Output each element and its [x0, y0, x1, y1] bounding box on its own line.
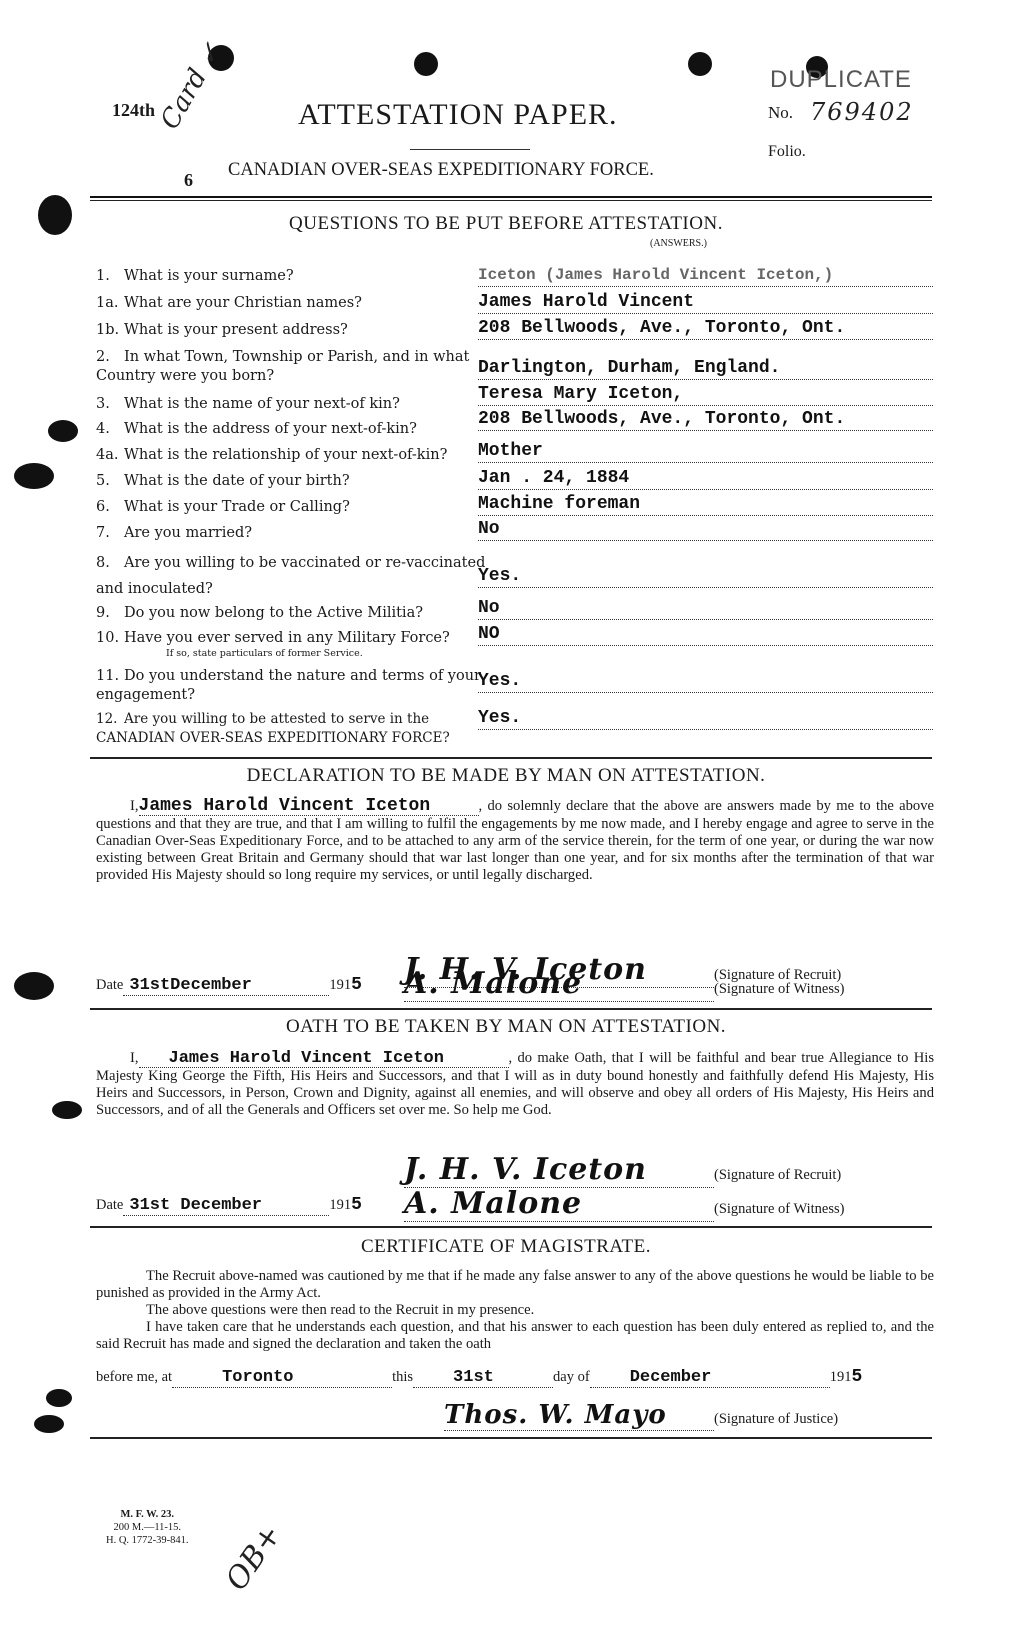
- question-1a: 1a.What are your Christian names?: [96, 294, 491, 313]
- punch-hole: [14, 463, 54, 489]
- magistrate-place-date-line: before me, atTorontothis31stday ofDecemb…: [96, 1367, 862, 1388]
- question-4: 4.What is the address of your next-of-ki…: [96, 420, 491, 439]
- form-codes: M. F. W. 23. 200 M.—11-15. H. Q. 1772-39…: [106, 1508, 189, 1547]
- punch-hole: [48, 420, 78, 442]
- handwritten-initials: OB+: [219, 1518, 289, 1597]
- question-2: 2.In what Town, Township or Parish, and …: [96, 348, 491, 386]
- declaration-year: 5: [351, 975, 362, 995]
- magistrate-para-2: The above questions were then read to th…: [96, 1302, 934, 1319]
- declaration-text: I,James Harold Vincent Iceton, do solemn…: [96, 798, 934, 884]
- oath-divider: [90, 1226, 932, 1228]
- question-3: 3.What is the name of your next-of kin?: [96, 395, 491, 414]
- declaration-witness-signature-line: A. Malone(Signature of Witness): [404, 966, 844, 1002]
- battalion-label: 124th: [112, 100, 155, 121]
- answer-present-address: 208 Bellwoods, Ave., Toronto, Ont.: [478, 317, 933, 340]
- magistrate-text: The Recruit above-named was cautioned by…: [96, 1268, 934, 1353]
- document-subtitle: CANADIAN OVER-SEAS EXPEDITIONARY FORCE.: [228, 160, 654, 181]
- number-value: 769402: [810, 98, 914, 126]
- hq-reference: H. Q. 1772-39-841.: [106, 1534, 189, 1547]
- number-label: No.: [768, 103, 793, 123]
- header-divider: [90, 196, 932, 198]
- oath-recruit-signature-line: J. H. V. Iceton(Signature of Recruit): [404, 1152, 841, 1188]
- duplicate-stamp: DUPLICATE: [770, 66, 912, 94]
- oath-witness-signature-line: A. Malone(Signature of Witness): [404, 1186, 844, 1222]
- question-8: 8.Are you willing to be vaccinated or re…: [96, 550, 491, 602]
- question-1b: 1b.What is your present address?: [96, 321, 491, 340]
- question-11: 11.Do you understand the nature and term…: [96, 667, 491, 705]
- question-1: 1.What is your surname?: [96, 267, 491, 286]
- answer-christian-names: James Harold Vincent: [478, 291, 933, 314]
- question-12: 12.Are you willing to be attested to ser…: [96, 710, 491, 748]
- answer-surname: Iceton (James Harold Vincent Iceton,): [478, 264, 933, 287]
- question-10: 10.Have you ever served in any Military …: [96, 629, 491, 659]
- magistrate-title: CERTIFICATE OF MAGISTRATE.: [0, 1236, 1012, 1258]
- oath-title: OATH TO BE TAKEN BY MAN ON ATTESTATION.: [0, 1016, 1012, 1038]
- justice-signature-line: Thos. W. Mayo(Signature of Justice): [444, 1400, 838, 1431]
- question-6: 6.What is your Trade or Calling?: [96, 498, 491, 517]
- oath-recruit-signature: J. H. V. Iceton: [404, 1152, 714, 1188]
- punch-hole: [14, 972, 54, 1000]
- answers-label: (ANSWERS.): [650, 238, 707, 249]
- folio-label: Folio.: [768, 143, 806, 161]
- question-10-note: If so, state particulars of former Servi…: [96, 648, 491, 659]
- magistrate-day: 31st: [413, 1368, 553, 1388]
- answer-next-of-kin-name: Teresa Mary Iceton,: [478, 383, 933, 406]
- declaration-divider: [90, 1008, 932, 1010]
- answer-next-of-kin-address: 208 Bellwoods, Ave., Toronto, Ont.: [478, 408, 933, 431]
- punch-hole: [46, 1389, 72, 1407]
- answer-trade: Machine foreman: [478, 493, 933, 516]
- magistrate-para-1: The Recruit above-named was cautioned by…: [96, 1268, 934, 1302]
- oath-date: 31st December: [123, 1196, 329, 1216]
- handwritten-note: Card ✓: [155, 38, 228, 135]
- answer-date-of-birth: Jan . 24, 1884: [478, 467, 933, 490]
- handwritten-number: 6: [184, 170, 193, 191]
- oath-text: I,James Harold Vincent Iceton, do make O…: [96, 1050, 934, 1119]
- justice-signature: Thos. W. Mayo: [444, 1400, 714, 1431]
- oath-name: James Harold Vincent Iceton: [139, 1050, 509, 1068]
- oath-year: 5: [351, 1195, 362, 1215]
- oath-witness-signature: A. Malone: [404, 1186, 714, 1222]
- declaration-date-line: Date31stDecember1915: [96, 975, 362, 996]
- oath-date-line: Date31st December1915: [96, 1195, 362, 1216]
- answer-married: No: [478, 518, 933, 541]
- question-7: 7.Are you married?: [96, 524, 491, 543]
- declaration-title: DECLARATION TO BE MADE BY MAN ON ATTESTA…: [0, 765, 1012, 787]
- form-code: M. F. W. 23.: [106, 1508, 189, 1521]
- answer-willing-attest: Yes.: [478, 707, 933, 730]
- magistrate-divider: [90, 1437, 932, 1439]
- question-4a: 4a.What is the relationship of your next…: [96, 446, 491, 465]
- magistrate-para-3: I have taken care that he understands ea…: [96, 1319, 934, 1353]
- document-title: ATTESTATION PAPER.: [298, 98, 618, 132]
- answer-next-of-kin-relationship: Mother: [478, 440, 933, 463]
- question-5: 5.What is the date of your birth?: [96, 472, 491, 491]
- answer-vaccinated: Yes.: [478, 565, 933, 588]
- punch-hole: [688, 52, 712, 76]
- answer-birthplace: Darlington, Durham, England.: [478, 357, 933, 380]
- punch-hole: [414, 52, 438, 76]
- punch-hole: [34, 1415, 64, 1433]
- answer-understand-terms: Yes.: [478, 670, 933, 693]
- punch-hole: [52, 1101, 82, 1119]
- header-divider-thin: [90, 200, 932, 201]
- answer-military-service: NO: [478, 623, 933, 646]
- declaration-date: 31stDecember: [123, 976, 329, 996]
- questions-section-title: QUESTIONS TO BE PUT BEFORE ATTESTATION.: [0, 213, 1012, 235]
- title-underline: [410, 149, 530, 150]
- question-9: 9.Do you now belong to the Active Militi…: [96, 604, 491, 623]
- declaration-name: James Harold Vincent Iceton: [139, 798, 479, 816]
- magistrate-year: 5: [851, 1367, 862, 1387]
- answer-active-militia: No: [478, 597, 933, 620]
- declaration-witness-signature: A. Malone: [404, 966, 714, 1002]
- magistrate-place: Toronto: [172, 1368, 392, 1388]
- questions-divider: [90, 757, 932, 759]
- print-run: 200 M.—11-15.: [106, 1521, 189, 1534]
- magistrate-month: December: [590, 1368, 830, 1388]
